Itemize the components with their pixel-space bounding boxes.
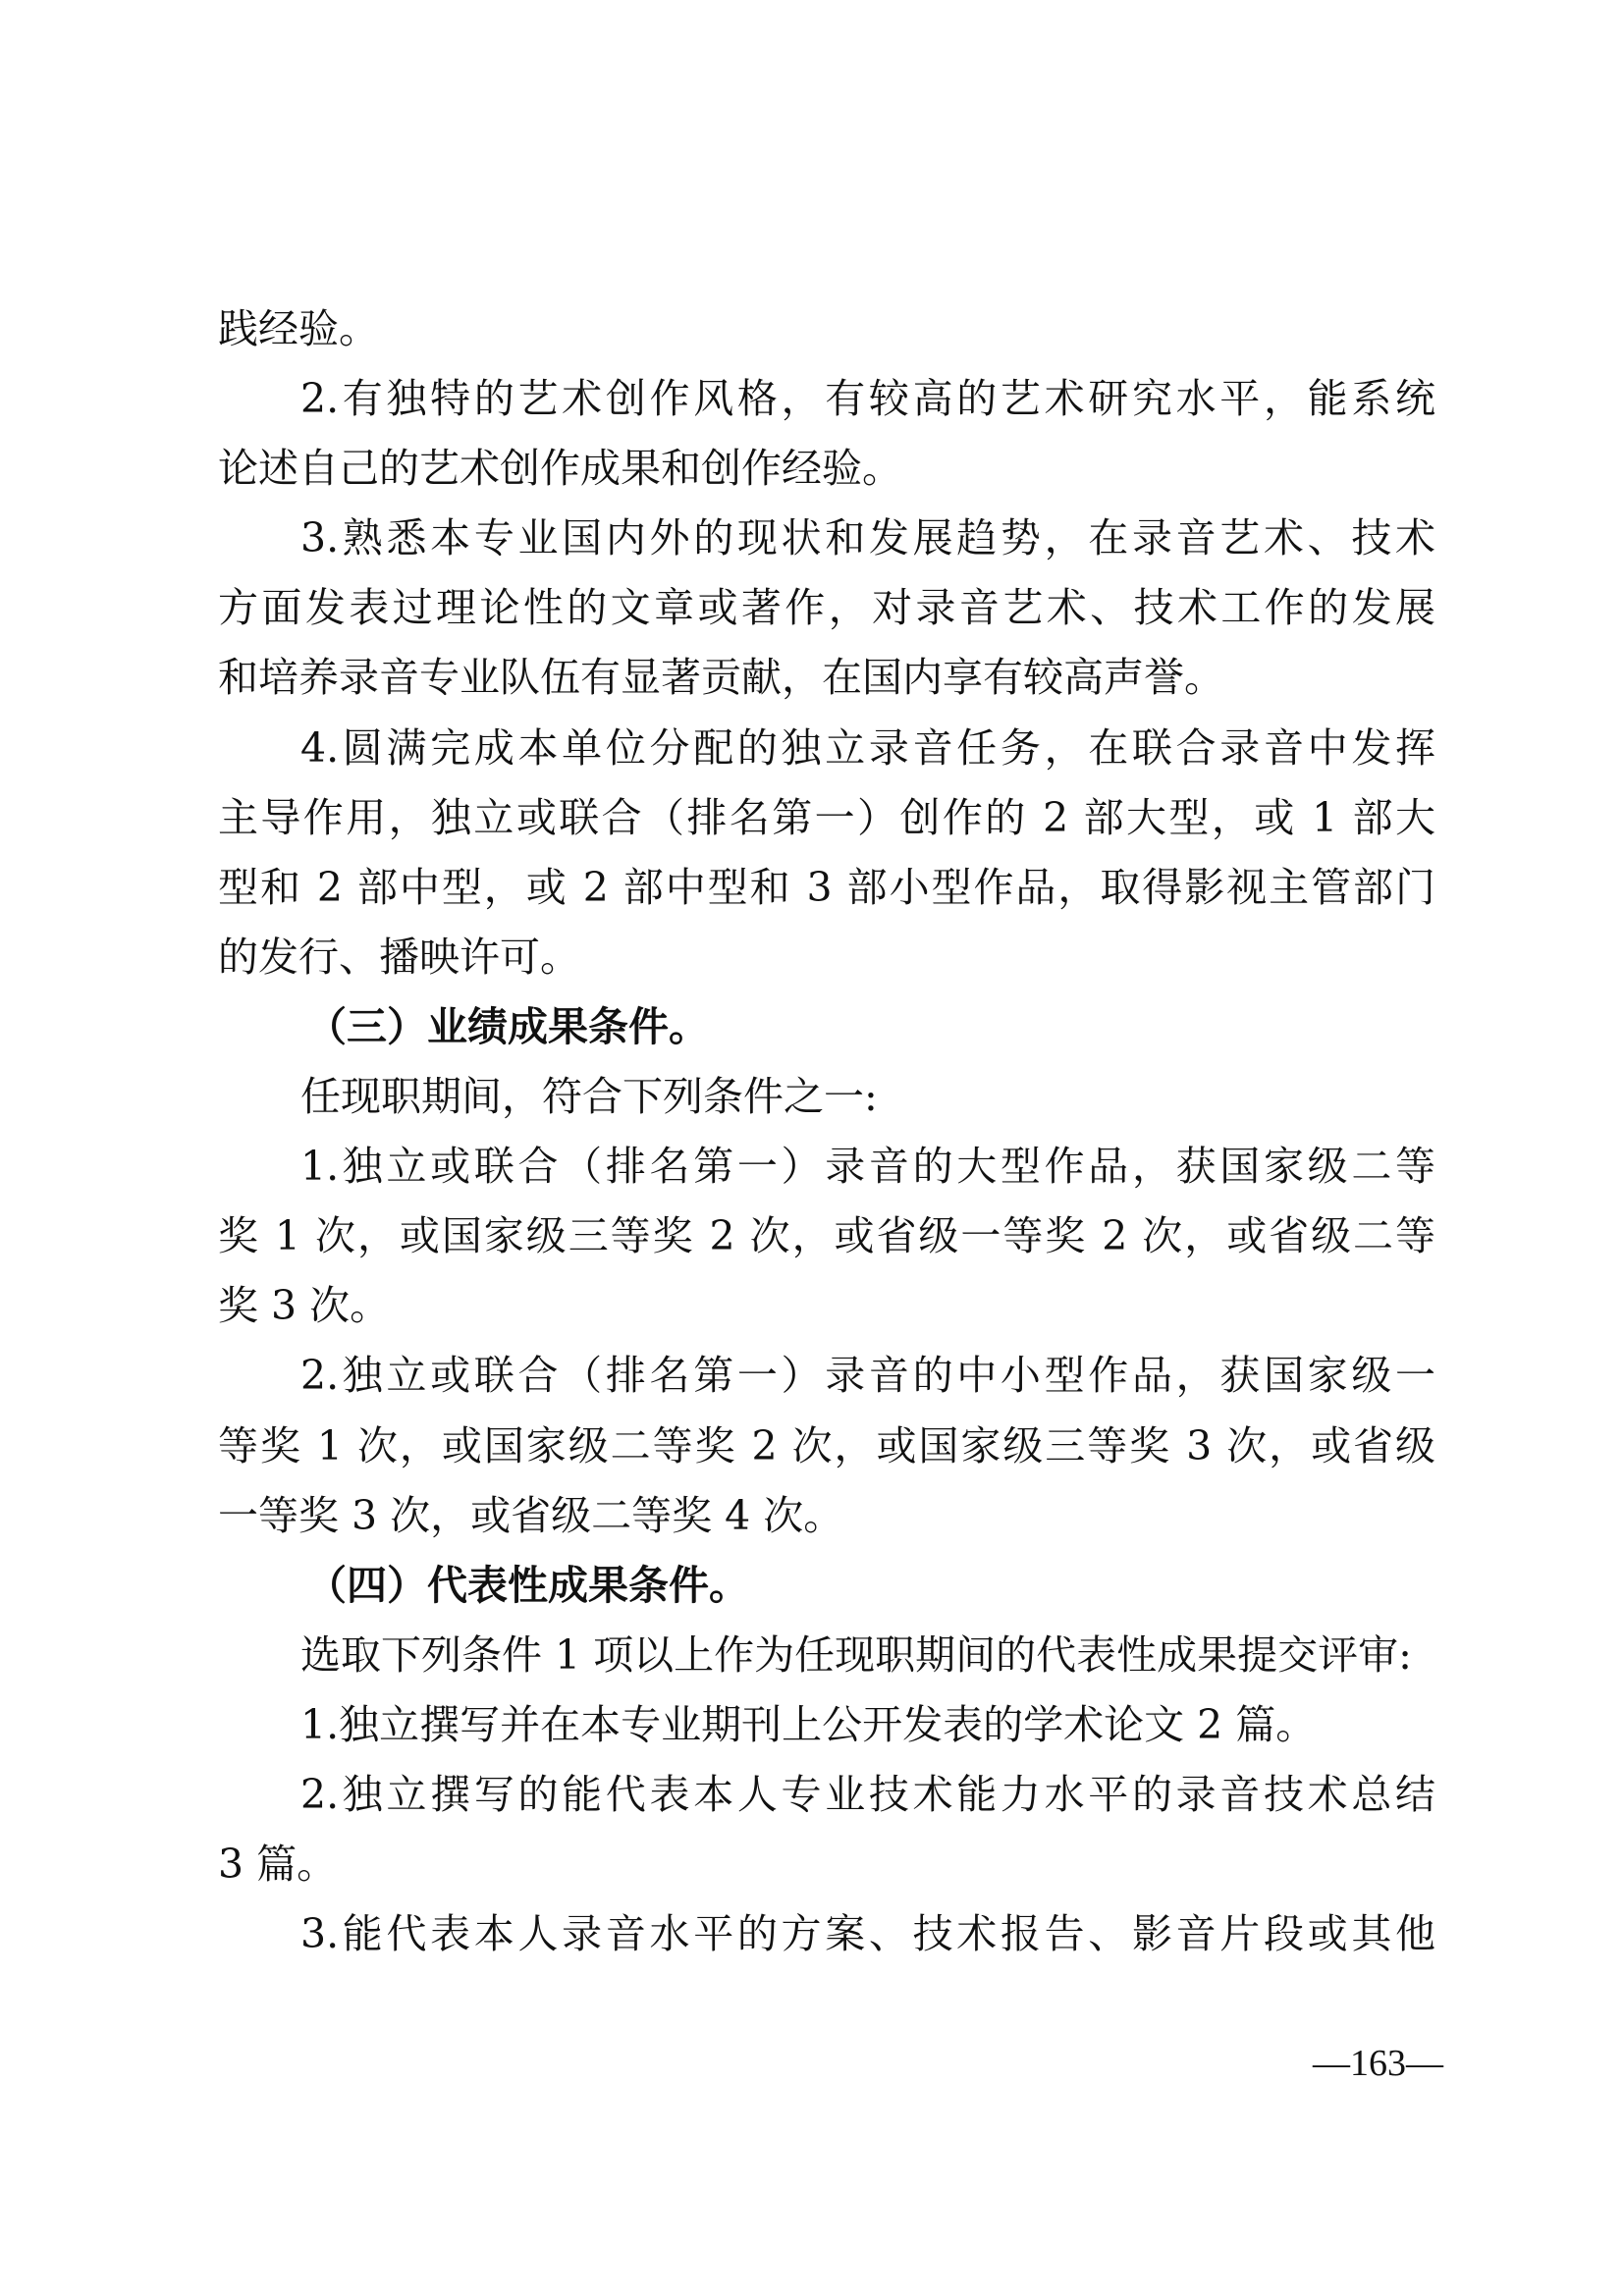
paragraph-line: 奖 3 次。	[218, 1271, 1435, 1341]
paragraph-line: 方面发表过理论性的文章或著作，对录音艺术、技术工作的发展	[218, 573, 1435, 643]
document-page: 践经验。 2.有独特的艺术创作风格，有较高的艺术研究水平，能系统 论述自己的艺术…	[218, 294, 1435, 1969]
paragraph-line: 3 篇。	[218, 1830, 1435, 1899]
paragraph-line: 主导作用，独立或联合（排名第一）创作的 2 部大型，或 1 部大	[218, 783, 1435, 853]
paragraph-line: 等奖 1 次，或国家级二等奖 2 次，或国家级三等奖 3 次，或省级	[218, 1412, 1435, 1481]
paragraph-line: 1.独立或联合（排名第一）录音的大型作品，获国家级二等	[218, 1132, 1435, 1201]
paragraph-line: 一等奖 3 次，或省级二等奖 4 次。	[218, 1481, 1435, 1551]
paragraph-line: 奖 1 次，或国家级三等奖 2 次，或省级一等奖 2 次，或省级二等	[218, 1201, 1435, 1271]
paragraph-line: 的发行、播映许可。	[218, 923, 1435, 992]
paragraph-line: 2.有独特的艺术创作风格，有较高的艺术研究水平，能系统	[218, 364, 1435, 434]
paragraph-line: 论述自己的艺术创作成果和创作经验。	[218, 434, 1435, 504]
paragraph-line: 3.熟悉本专业国内外的现状和发展趋势，在录音艺术、技术	[218, 504, 1435, 573]
paragraph-line: 4.圆满完成本单位分配的独立录音任务，在联合录音中发挥	[218, 714, 1435, 783]
section-heading: （三）业绩成果条件。	[218, 992, 1435, 1062]
paragraph-line: 1.独立撰写并在本专业期刊上公开发表的学术论文 2 篇。	[218, 1690, 1435, 1760]
page-number: —163—	[1267, 2044, 1443, 2083]
paragraph-line: 2.独立或联合（排名第一）录音的中小型作品，获国家级一	[218, 1341, 1435, 1411]
paragraph-line: 践经验。	[218, 294, 1435, 364]
section-lead: 选取下列条件 1 项以上作为任现职期间的代表性成果提交评审:	[218, 1621, 1435, 1690]
paragraph-line: 2.独立撰写的能代表本人专业技术能力水平的录音技术总结	[218, 1760, 1435, 1830]
section-heading: （四）代表性成果条件。	[218, 1551, 1435, 1621]
section-lead: 任现职期间，符合下列条件之一:	[218, 1062, 1435, 1132]
paragraph-line: 和培养录音专业队伍有显著贡献，在国内享有较高声誉。	[218, 643, 1435, 713]
paragraph-line: 型和 2 部中型，或 2 部中型和 3 部小型作品，取得影视主管部门	[218, 853, 1435, 923]
paragraph-line: 3.能代表本人录音水平的方案、技术报告、影音片段或其他	[218, 1899, 1435, 1969]
